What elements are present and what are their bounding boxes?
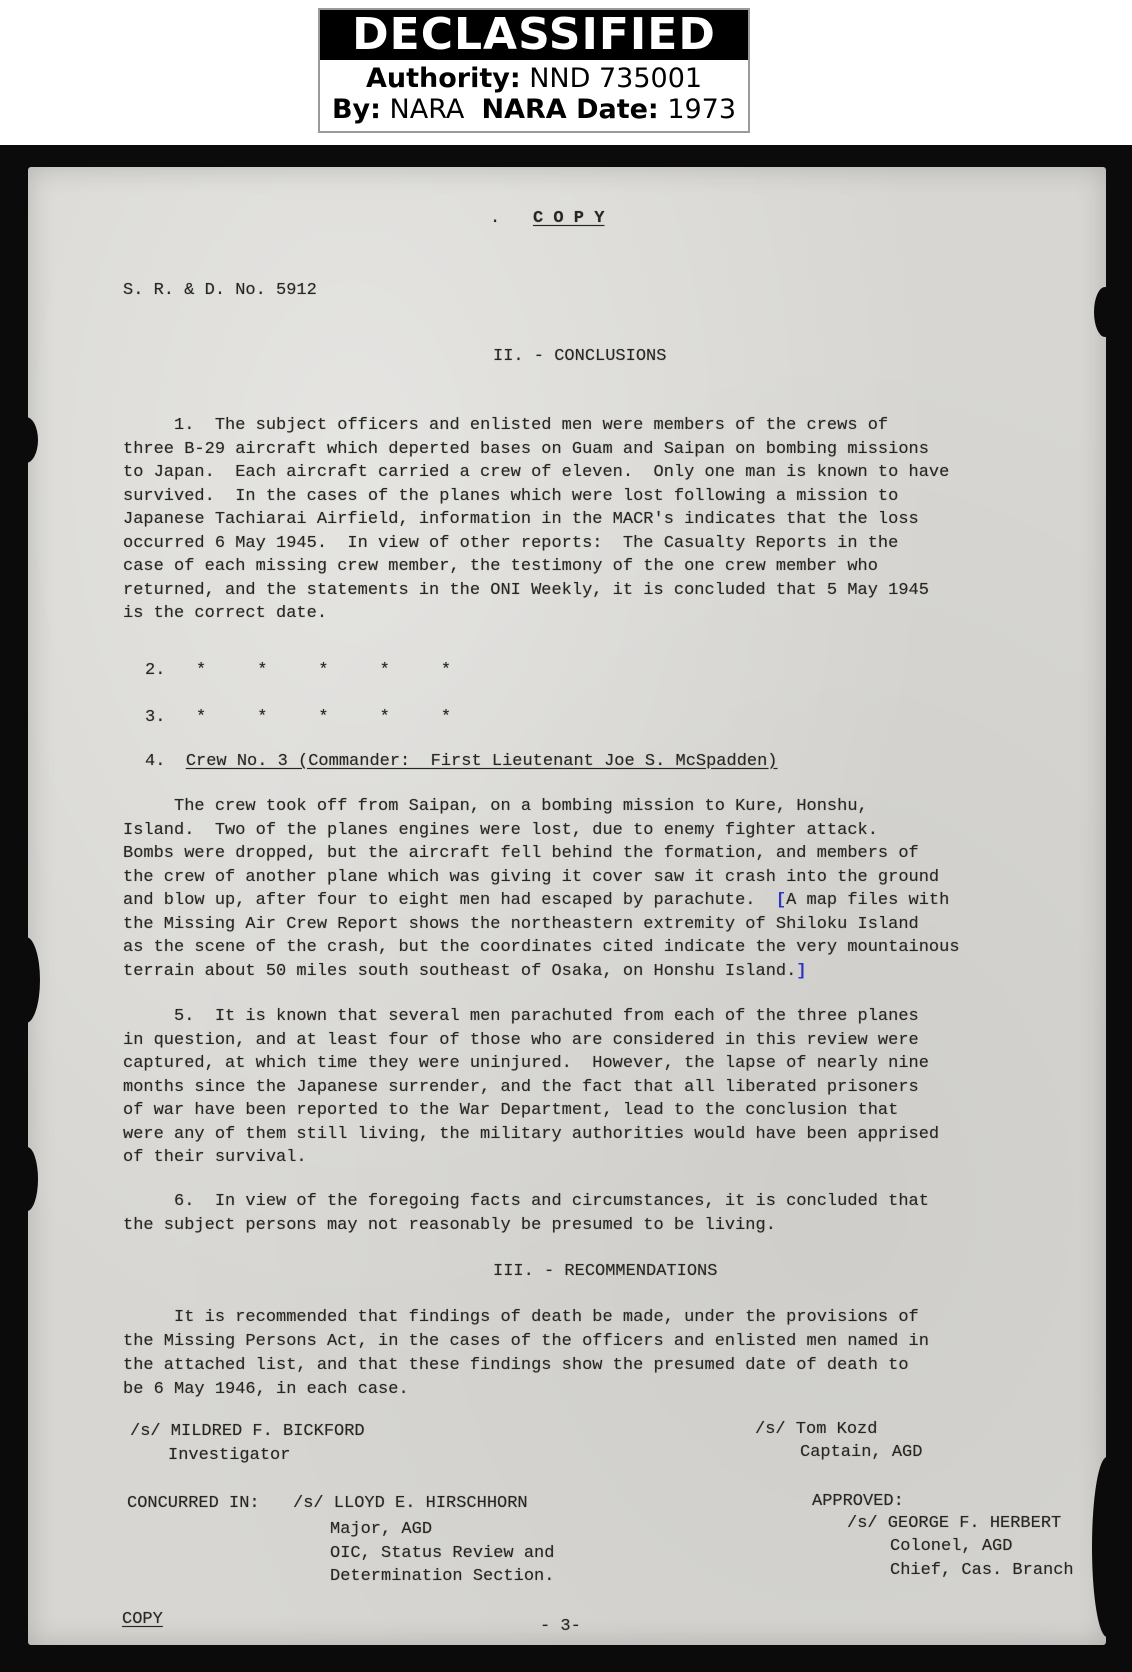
approved-signature: /s/ GEORGE F. HERBERT	[847, 1512, 1061, 1536]
nara-date-value: 1973	[659, 94, 736, 125]
crew-heading-number: 4.	[145, 752, 186, 771]
torn-edge	[1094, 287, 1116, 337]
declassified-stamp: DECLASSIFIED Authority: NND 735001 By: N…	[318, 8, 750, 133]
by-value: NARA	[381, 94, 482, 125]
heading-recommendations: III. - RECOMMENDATIONS	[493, 1260, 717, 1284]
asterisk-row-3: 3. * * * * *	[145, 706, 451, 730]
copy-header-dot: .	[490, 207, 500, 231]
torn-edge	[12, 937, 40, 1023]
bracket-close-mark: ]	[796, 962, 806, 981]
by-label: By:	[332, 94, 381, 125]
paragraph-5: 5. It is known that several men parachut…	[123, 1005, 1053, 1170]
authority-value: NND 735001	[521, 63, 702, 94]
approved-label: APPROVED:	[812, 1490, 904, 1514]
signature-investigator-title: Investigator	[168, 1444, 290, 1468]
ref-number: S. R. & D. No. 5912	[123, 279, 317, 303]
crew-heading-title: Crew No. 3 (Commander: First Lieutenant …	[186, 752, 778, 771]
screenshot-root: DECLASSIFIED Authority: NND 735001 By: N…	[0, 0, 1132, 1672]
footer-copy: COPY	[122, 1608, 163, 1632]
paragraph-6: 6. In view of the foregoing facts and ci…	[123, 1190, 1053, 1237]
photocopy-background: . C O P Y S. R. & D. No. 5912 II. - CONC…	[0, 145, 1132, 1672]
by-line: By: NARA NARA Date: 1973	[320, 94, 748, 125]
asterisk-row-2: 2. * * * * *	[145, 659, 451, 683]
torn-edge	[1092, 1457, 1122, 1637]
crew-heading: 4. Crew No. 3 (Commander: First Lieutena…	[145, 750, 778, 774]
copy-header: C O P Y	[533, 207, 604, 231]
concurred-signature: /s/ LLOYD E. HIRSCHHORN	[293, 1492, 528, 1516]
signature-captain-name: /s/ Tom Kozd	[755, 1418, 877, 1442]
approved-details: Colonel, AGD Chief, Cas. Branch	[890, 1535, 1074, 1582]
authority-line: Authority: NND 735001	[320, 63, 748, 94]
concurred-label: CONCURRED IN:	[127, 1492, 260, 1516]
stamp-title: DECLASSIFIED	[320, 10, 748, 60]
paragraph-4: The crew took off from Saipan, on a bomb…	[123, 795, 1053, 983]
authority-label: Authority:	[366, 63, 521, 94]
nara-date-label: NARA Date:	[482, 94, 659, 125]
torn-edge	[16, 1147, 38, 1211]
signature-captain-title: Captain, AGD	[800, 1441, 922, 1465]
document-page: . C O P Y S. R. & D. No. 5912 II. - CONC…	[28, 167, 1106, 1645]
paragraph-recommendation: It is recommended that findings of death…	[123, 1306, 1053, 1402]
heading-conclusions: II. - CONCLUSIONS	[493, 345, 666, 369]
bracket-open-mark: [	[776, 891, 786, 910]
concurred-details: Major, AGD OIC, Status Review and Determ…	[330, 1518, 554, 1589]
paragraph-1: 1. The subject officers and enlisted men…	[123, 414, 1023, 626]
signature-investigator-name: /s/ MILDRED F. BICKFORD	[130, 1420, 365, 1444]
page-number: - 3-	[540, 1615, 581, 1639]
torn-edge	[14, 417, 38, 463]
